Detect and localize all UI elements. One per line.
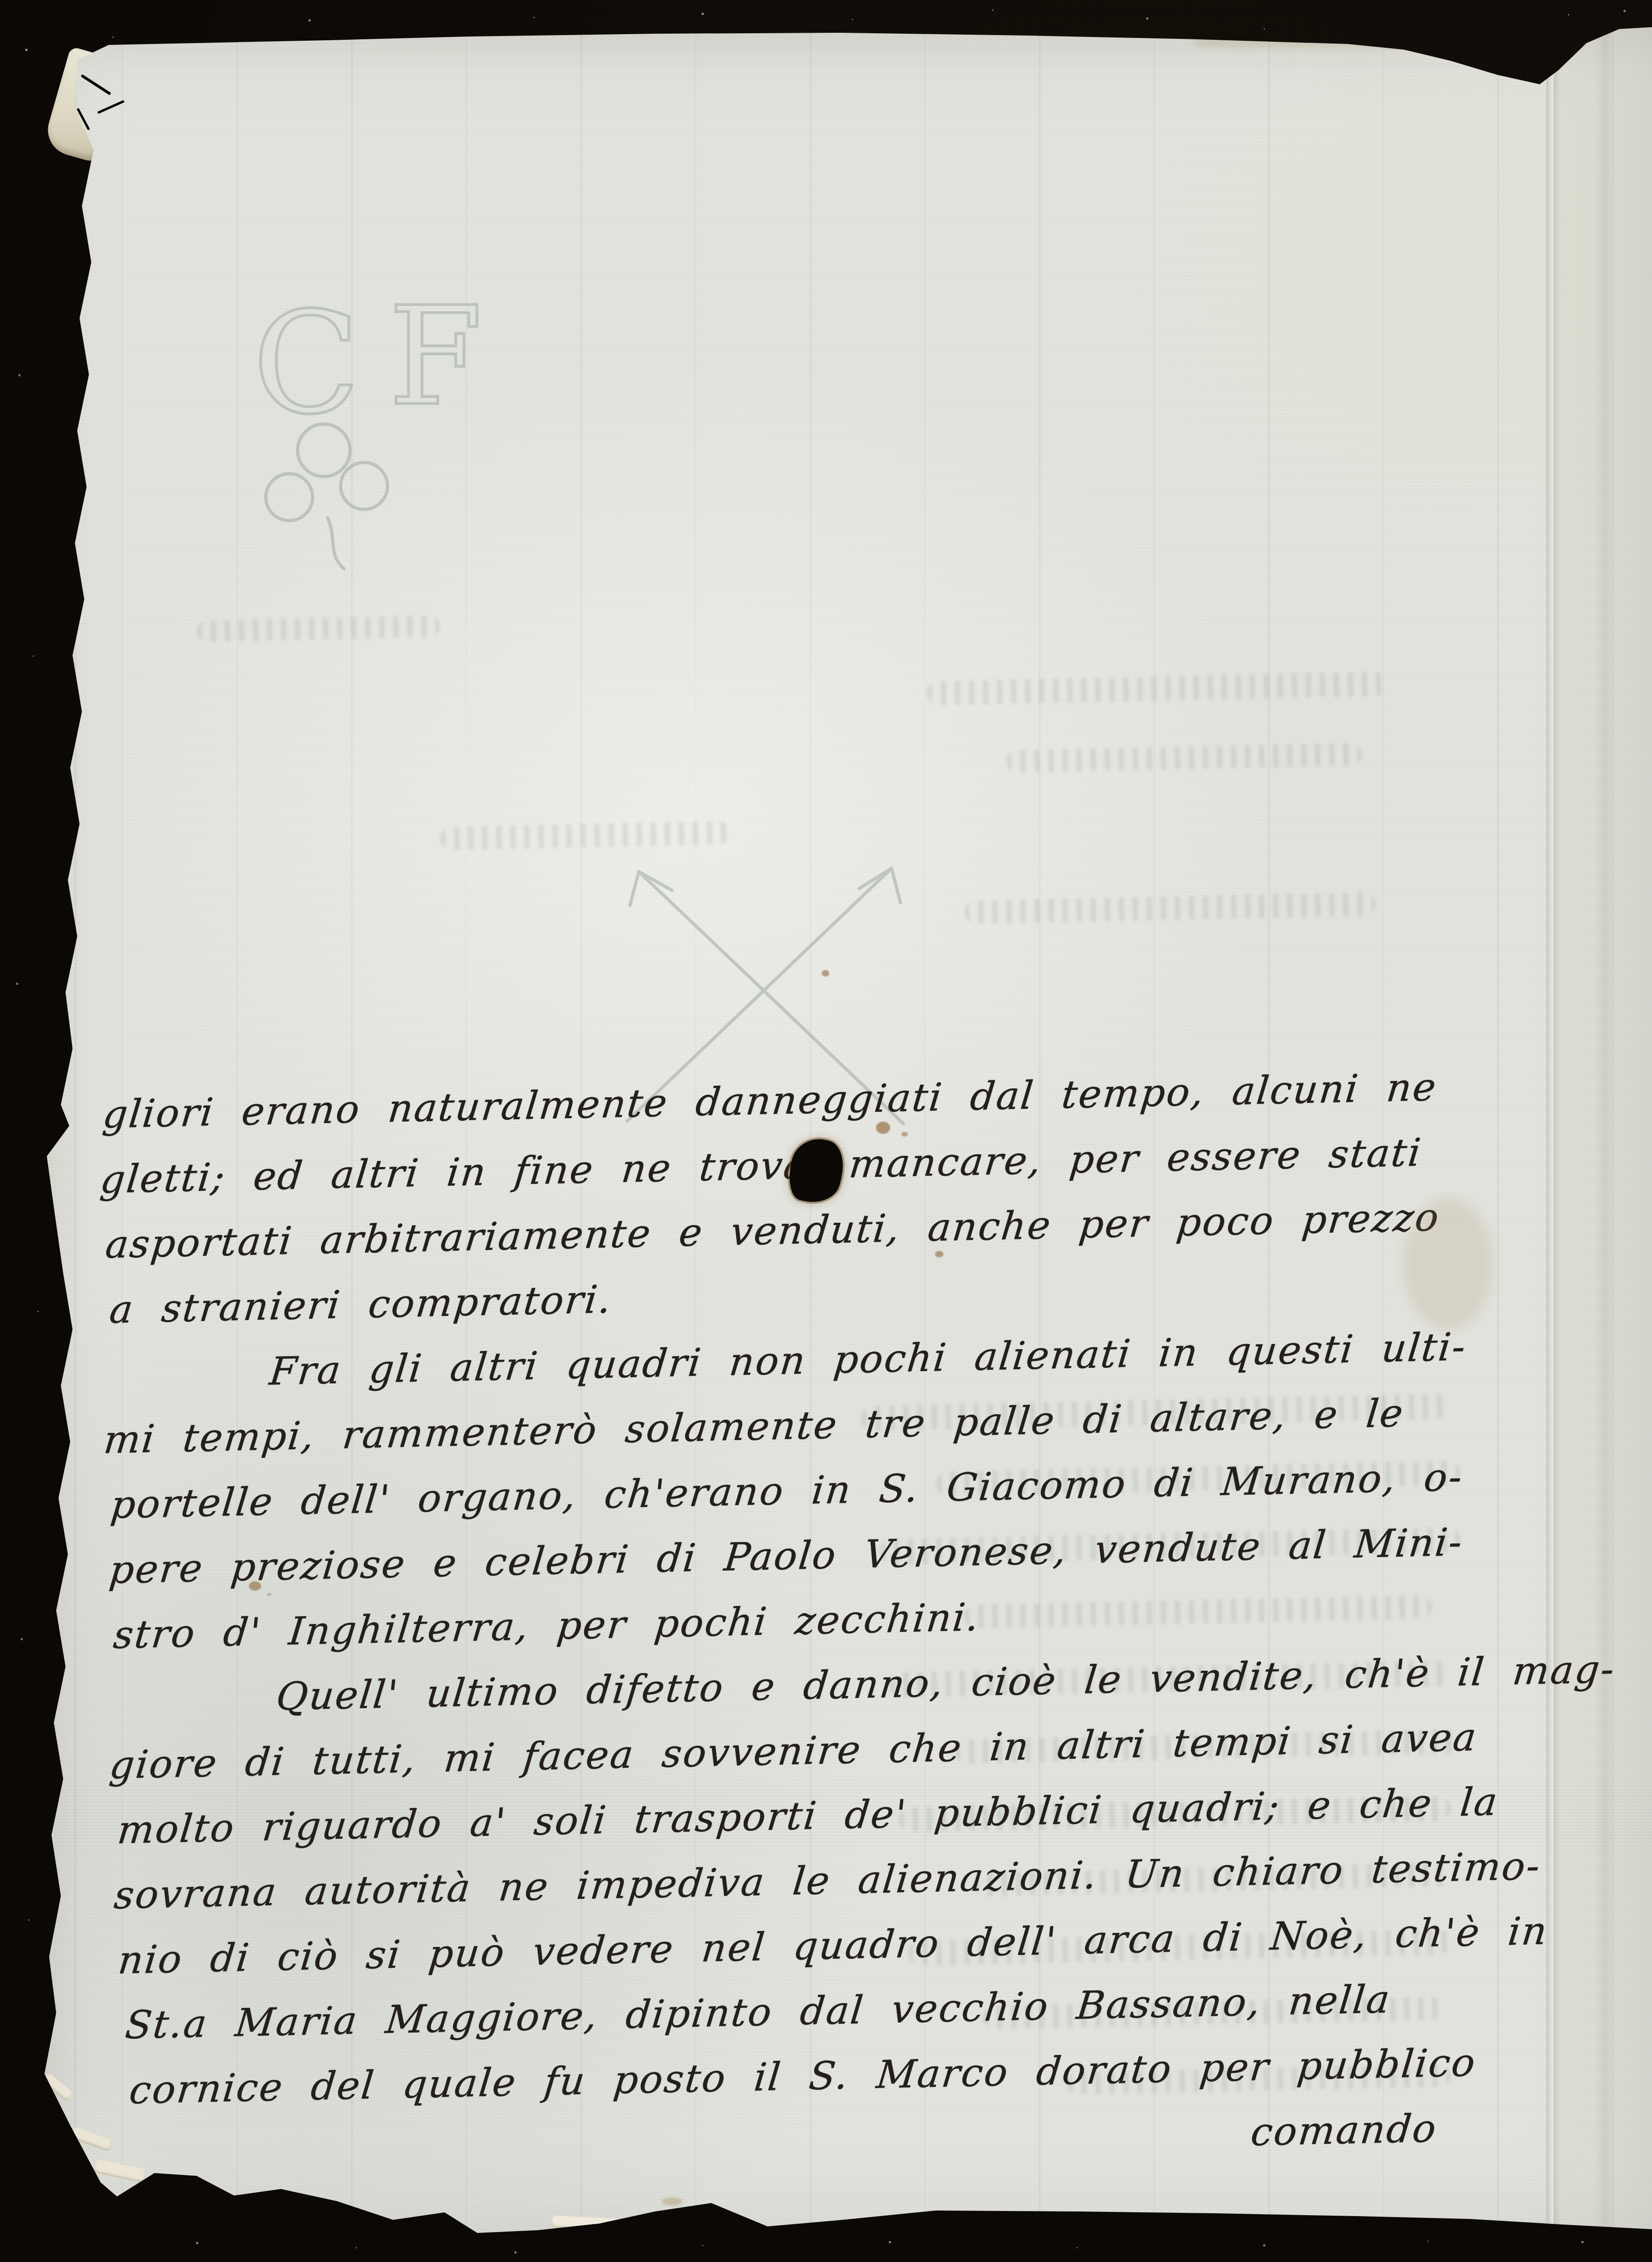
ink-rust-stain <box>876 1122 890 1134</box>
ink-rust-stain <box>822 970 829 977</box>
torn-edge-fiber <box>263 2202 310 2217</box>
handwritten-text-block: gliori erano naturalmente danneggiati da… <box>98 1054 1487 2189</box>
folded-page-edge <box>1558 19 1652 2229</box>
edge-dirt-stain <box>662 2197 682 2206</box>
ink-rust-stain <box>249 1581 261 1591</box>
watermark-letter-icon: C <box>253 282 360 445</box>
watermark-letter-icon: F <box>388 278 482 436</box>
torn-edge-fiber <box>201 2196 259 2212</box>
torn-edge-fiber <box>622 2221 674 2235</box>
edge-dirt-stain <box>1193 27 1437 48</box>
foxing-stain <box>1404 1198 1493 1329</box>
trefoil-watermark-icon <box>266 424 387 569</box>
scan-background: C F <box>0 0 1652 2262</box>
manuscript-page: C F <box>0 0 1652 2262</box>
scanner-dust-specks <box>0 0 1 1</box>
torn-edge-fiber <box>141 2178 208 2201</box>
